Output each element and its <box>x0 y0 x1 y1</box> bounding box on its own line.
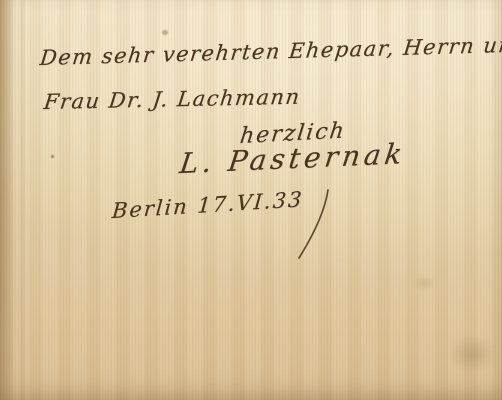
smudge-stain <box>448 335 496 373</box>
inscription-line-recipient: Frau Dr. J. Lachmann <box>43 85 302 114</box>
smudge-stain <box>418 278 432 288</box>
paper-crease <box>19 0 26 400</box>
foxing-spot <box>51 155 54 158</box>
inscription-page-photo: Dem sehr verehrten Ehepaar, Herrn und Fr… <box>0 0 502 400</box>
inscription-signature: L. Pasternak <box>178 137 408 180</box>
inscription-line-dedication: Dem sehr verehrten Ehepaar, Herrn und <box>39 32 502 70</box>
inscription-date-place: Berlin 17.VI.33 <box>111 187 304 223</box>
foxing-spot <box>162 30 168 35</box>
